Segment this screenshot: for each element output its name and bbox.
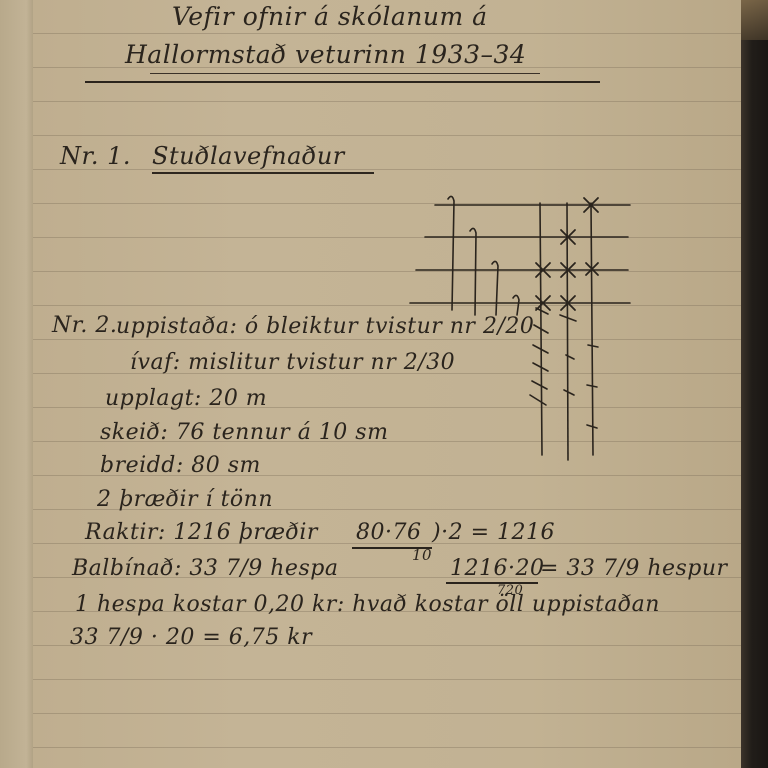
title-double-underline <box>85 81 600 83</box>
section1-number: Nr. 1. <box>60 142 131 170</box>
cost-answer: 33 7/9 · 20 = 6,75 kr <box>70 625 312 650</box>
warp-threads-numerator: 80·76 <box>356 520 421 545</box>
yarn-amount-numerator: 1216·20 <box>450 556 544 581</box>
reed-spec: skeið: 76 tennur á 10 sm <box>100 420 388 445</box>
section1-title: Stuðlavefnaður <box>152 142 345 170</box>
warp-length: upplagt: 20 m <box>105 386 267 411</box>
yarn-amount-label: Balbínað: 33 7/9 hespa <box>72 556 338 581</box>
title-underline <box>150 73 540 74</box>
page-title-line1: Vefir ofnir á skólanum á <box>172 2 488 31</box>
warp-threads-divisor: 10 <box>412 546 432 564</box>
book-spine <box>741 0 768 768</box>
warp-threads-label: Raktir: 1216 þræðir <box>85 520 318 545</box>
width-spec: breidd: 80 sm <box>100 453 261 478</box>
book-cover-corner <box>741 0 768 40</box>
weft-spec: ívaf: mislitur tvistur nr 2/30 <box>130 350 455 375</box>
left-page-gutter <box>0 0 33 768</box>
section2-number: Nr. 2. <box>52 313 117 338</box>
yarn-amount-result: = 33 7/9 hespur <box>540 556 728 581</box>
threads-per-dent: 2 þræðir í tönn <box>97 487 273 512</box>
page-title-line2: Hallormstað veturinn 1933–34 <box>125 40 526 69</box>
warp-spec: uppistaða: ó bleiktur tvistur nr 2/20 <box>116 314 534 339</box>
warp-threads-result: )·2 = 1216 <box>432 520 555 545</box>
fraction-bar <box>446 582 538 584</box>
section1-underline <box>152 172 374 174</box>
cost-question: 1 hespa kostar 0,20 kr: hvað kostar öll … <box>75 592 660 617</box>
